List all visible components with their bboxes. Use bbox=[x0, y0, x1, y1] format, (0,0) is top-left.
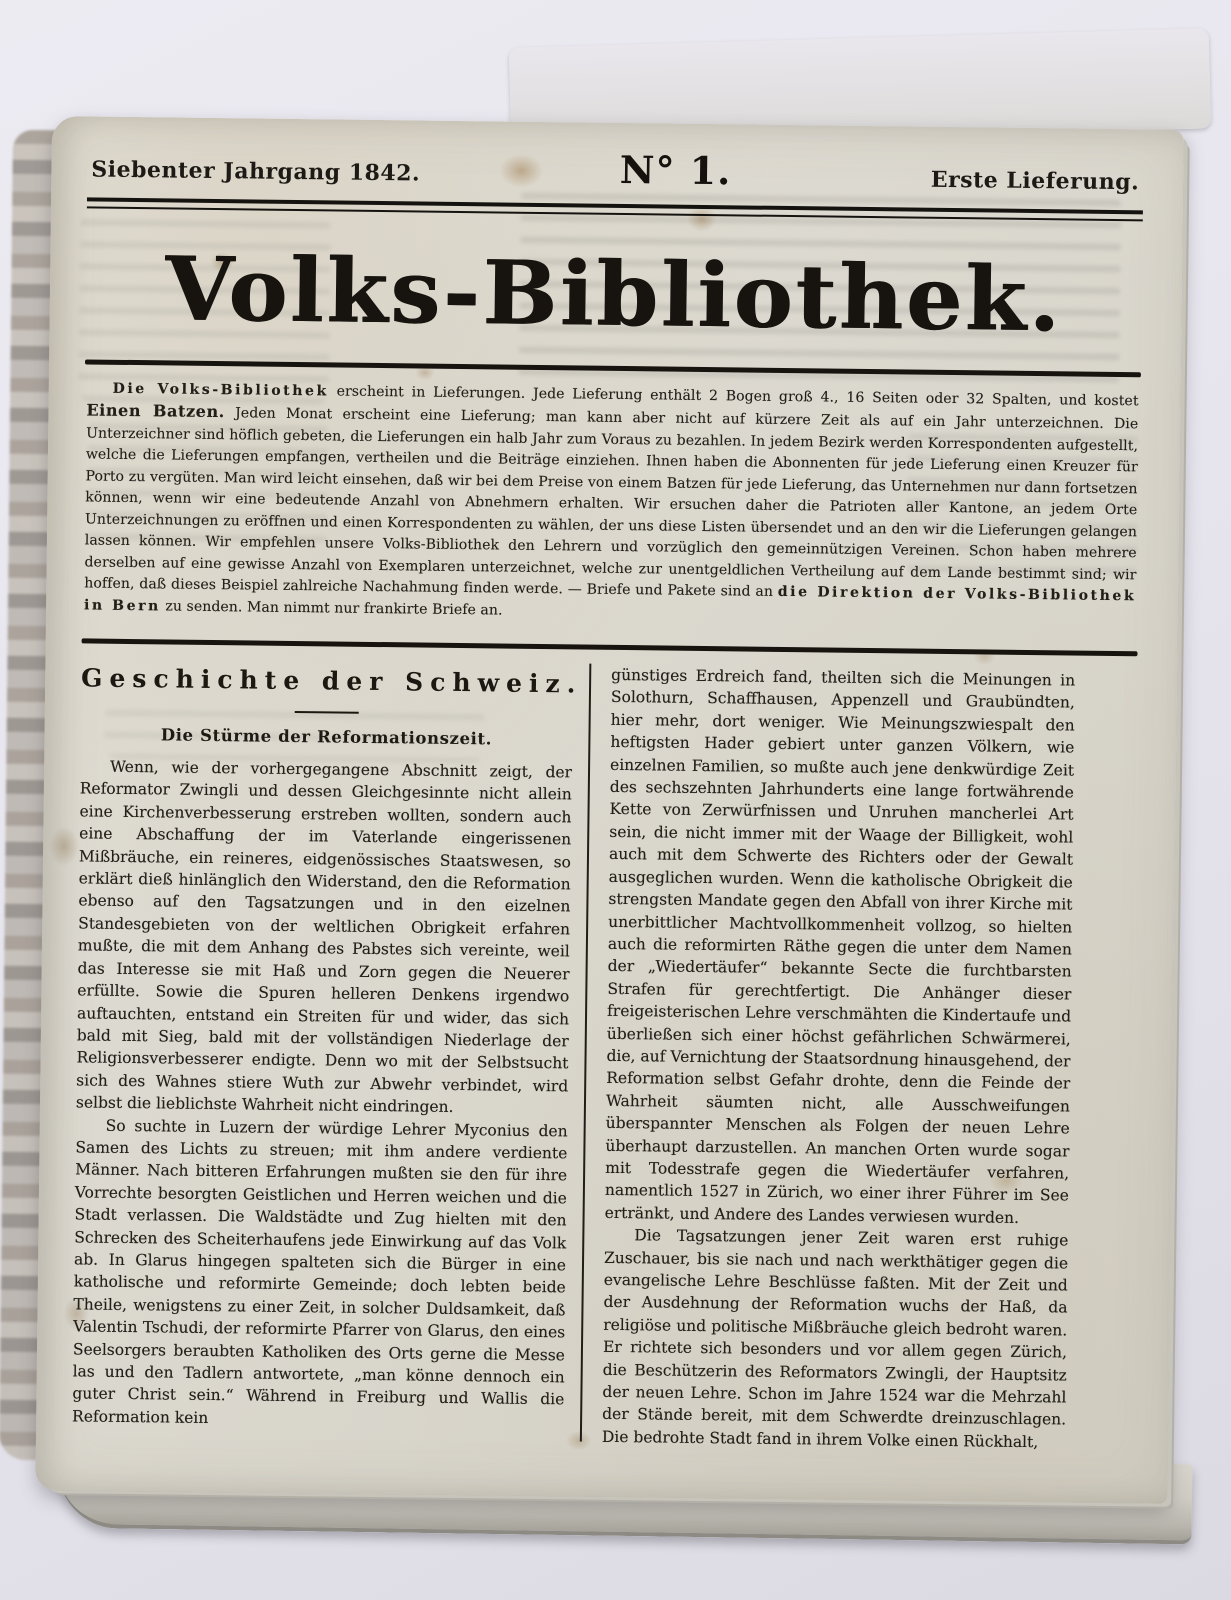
left-column-paragraphs: Wenn, wie der vorhergegangene Abschnitt … bbox=[72, 755, 572, 1433]
thick-rule-divider bbox=[85, 359, 1141, 377]
page-content: Siebenter Jahrgang 1842. N° 1. Erste Lie… bbox=[36, 116, 1184, 1455]
prospectus-segment: zu senden. Man nimmt nur frankirte Brief… bbox=[161, 598, 503, 618]
double-rule-divider bbox=[87, 197, 1143, 221]
article-paragraph: So suchte in Luzern der würdige Lehrer M… bbox=[72, 1114, 568, 1434]
left-column: Geschichte der Schweiz. Die Stürme der R… bbox=[72, 655, 574, 1447]
chapter-title: Die Stürme der Reformationszeit. bbox=[80, 724, 572, 749]
prospectus-segment: Einen Batzen. bbox=[86, 400, 225, 421]
masthead-title: Volks-Bibliothek. bbox=[85, 238, 1142, 349]
prospectus-segment: Jeden Monat erscheint eine Lieferung; ma… bbox=[84, 405, 1138, 600]
article-paragraph: Wenn, wie der vorhergegangene Abschnitt … bbox=[76, 755, 572, 1119]
section-title-divider bbox=[295, 711, 359, 714]
article-columns: Geschichte der Schweiz. Die Stürme der R… bbox=[72, 655, 1138, 1454]
right-column: günstiges Erdreich fand, theilten sich d… bbox=[602, 662, 1076, 1454]
book-photo: Siebenter Jahrgang 1842. N° 1. Erste Lie… bbox=[0, 0, 1231, 1600]
thick-rule-divider bbox=[82, 638, 1138, 656]
volume-year-label: Siebenter Jahrgang 1842. bbox=[91, 156, 420, 186]
right-column-paragraphs: günstiges Erdreich fand, theilten sich d… bbox=[602, 664, 1076, 1454]
article-paragraph: günstiges Erdreich fand, theilten sich d… bbox=[605, 664, 1076, 1230]
column-divider-rule bbox=[580, 664, 592, 1442]
installment-label: Erste Lieferung. bbox=[931, 167, 1140, 196]
prospectus-text: Die Volks-Bibliothek erscheint in Liefer… bbox=[84, 378, 1139, 629]
page-header: Siebenter Jahrgang 1842. N° 1. Erste Lie… bbox=[87, 140, 1143, 198]
book-page: Siebenter Jahrgang 1842. N° 1. Erste Lie… bbox=[35, 116, 1184, 1504]
issue-number-label: N° 1. bbox=[619, 147, 731, 193]
prospectus-segment: Die Volks-Bibliothek bbox=[113, 380, 329, 399]
prospectus-segment: erscheint in Lieferungen. Jede Lieferung… bbox=[329, 383, 1139, 409]
section-title: Geschichte der Schweiz. bbox=[81, 663, 573, 698]
article-paragraph: Die Tagsatzungen jener Zeit waren erst r… bbox=[602, 1224, 1069, 1454]
